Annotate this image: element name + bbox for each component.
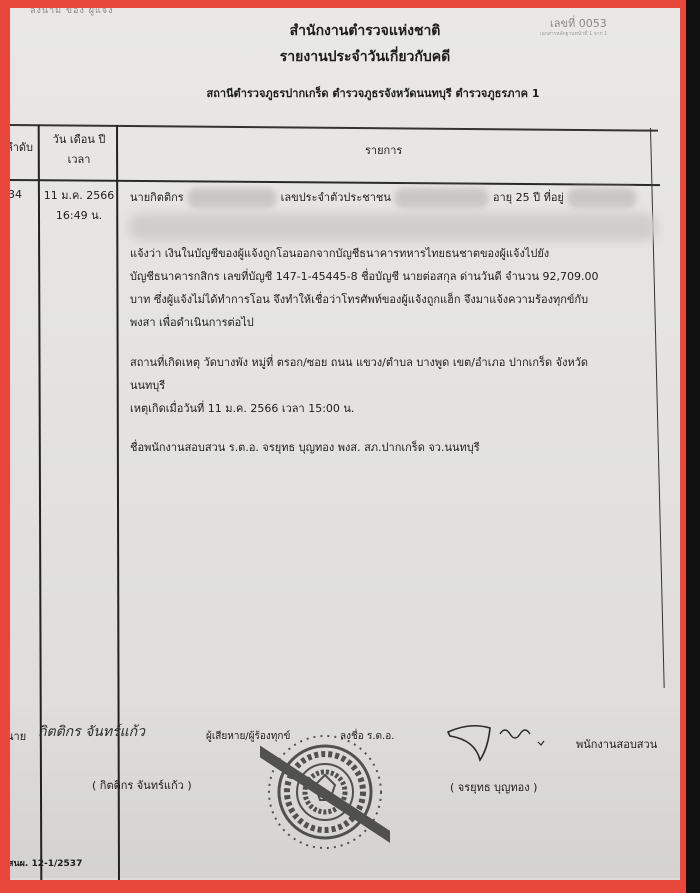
header-seq: ลำดับ xyxy=(10,138,33,156)
complainant-printed-name: ( กิตติกร จันทร์แก้ว ) xyxy=(92,776,192,794)
signature-prefix: นาย xyxy=(10,727,26,745)
header-date-line1: วัน เดือน ปี xyxy=(43,130,115,150)
form-code: สนผ. 12-1/2537 xyxy=(10,856,82,870)
row-date: 11 ม.ค. 2566 xyxy=(43,186,115,206)
column-divider xyxy=(116,125,120,880)
redacted-surname xyxy=(187,188,277,208)
photo-edge xyxy=(686,0,700,893)
incident-time-line: เหตุเกิดเมื่อวันที่ 11 ม.ค. 2566 เวลา 15… xyxy=(130,397,588,420)
redacted-address xyxy=(128,213,658,241)
officer-signature xyxy=(440,720,550,765)
age-label: อายุ 25 ปี ที่อยู่ xyxy=(493,191,564,204)
column-divider xyxy=(38,125,43,880)
location-line: สถานที่เกิดเหตุ วัดบางพัง หมู่ที่ ตรอก/ซ… xyxy=(130,351,588,374)
location-paragraph: สถานที่เกิดเหตุ วัดบางพัง หมู่ที่ ตรอก/ซ… xyxy=(130,351,588,420)
row-seq: 34 xyxy=(10,188,22,201)
header-date-line2: เวลา xyxy=(43,150,115,170)
complainant-signature: กิตติกร จันทร์แก้ว xyxy=(38,721,145,743)
row-datetime: 11 ม.ค. 2566 16:49 น. xyxy=(43,186,115,226)
report-line: แจ้งว่า เงินในบัญชีของผู้แจ้งถูกโอนออกจา… xyxy=(130,242,598,265)
police-seal-stamp xyxy=(260,730,390,860)
report-title: รายงานประจำวันเกี่ยวกับคดี xyxy=(30,46,680,68)
row-time: 16:49 น. xyxy=(43,206,115,226)
investigator-line: ชื่อพนักงานสอบสวน ร.ต.อ. จรยุทธ บุญทอง พ… xyxy=(130,436,480,459)
report-line: บาท ซึ่งผู้แจ้งไม่ได้ทำการโอน จึงทำให้เช… xyxy=(130,288,598,311)
complainant-name: นายกิตติกร xyxy=(130,191,184,204)
header-items: รายการ xyxy=(365,141,402,159)
report-line: พงสา เพื่อดำเนินการต่อไป xyxy=(130,311,598,334)
location-line: นนทบุรี xyxy=(130,374,588,397)
table-right-border xyxy=(650,128,665,688)
investigator-role: พนักงานสอบสวน xyxy=(576,735,657,753)
police-report-paper: ลงนาม ของ ผู้แจ้ง เลขที่ 0053 เอกสารหลัก… xyxy=(10,8,680,880)
station-line: สถานีตำรวจภูธรปากเกร็ด ตำรวจภูธรจังหวัดน… xyxy=(38,84,680,102)
redacted-id xyxy=(394,188,489,208)
header-date: วัน เดือน ปี เวลา xyxy=(43,130,115,170)
id-label: เลขประจำตัวประชาชน xyxy=(281,191,391,204)
report-line: บัญชีธนาคารกสิกร เลขที่บัญชี 147-1-45445… xyxy=(130,265,598,288)
investigator-printed-name: ( จรยุทธ บุญทอง ) xyxy=(450,778,537,796)
complainant-line: นายกิตติกร เลขประจำตัวประชาชน อายุ 25 ปี… xyxy=(130,186,637,209)
report-paragraph: แจ้งว่า เงินในบัญชีของผู้แจ้งถูกโอนออกจา… xyxy=(130,242,598,334)
agency-title: สำนักงานตำรวจแห่งชาติ xyxy=(30,20,680,42)
top-cut-text: ลงนาม ของ ผู้แจ้ง xyxy=(30,8,113,17)
redacted-address-start xyxy=(567,188,637,208)
